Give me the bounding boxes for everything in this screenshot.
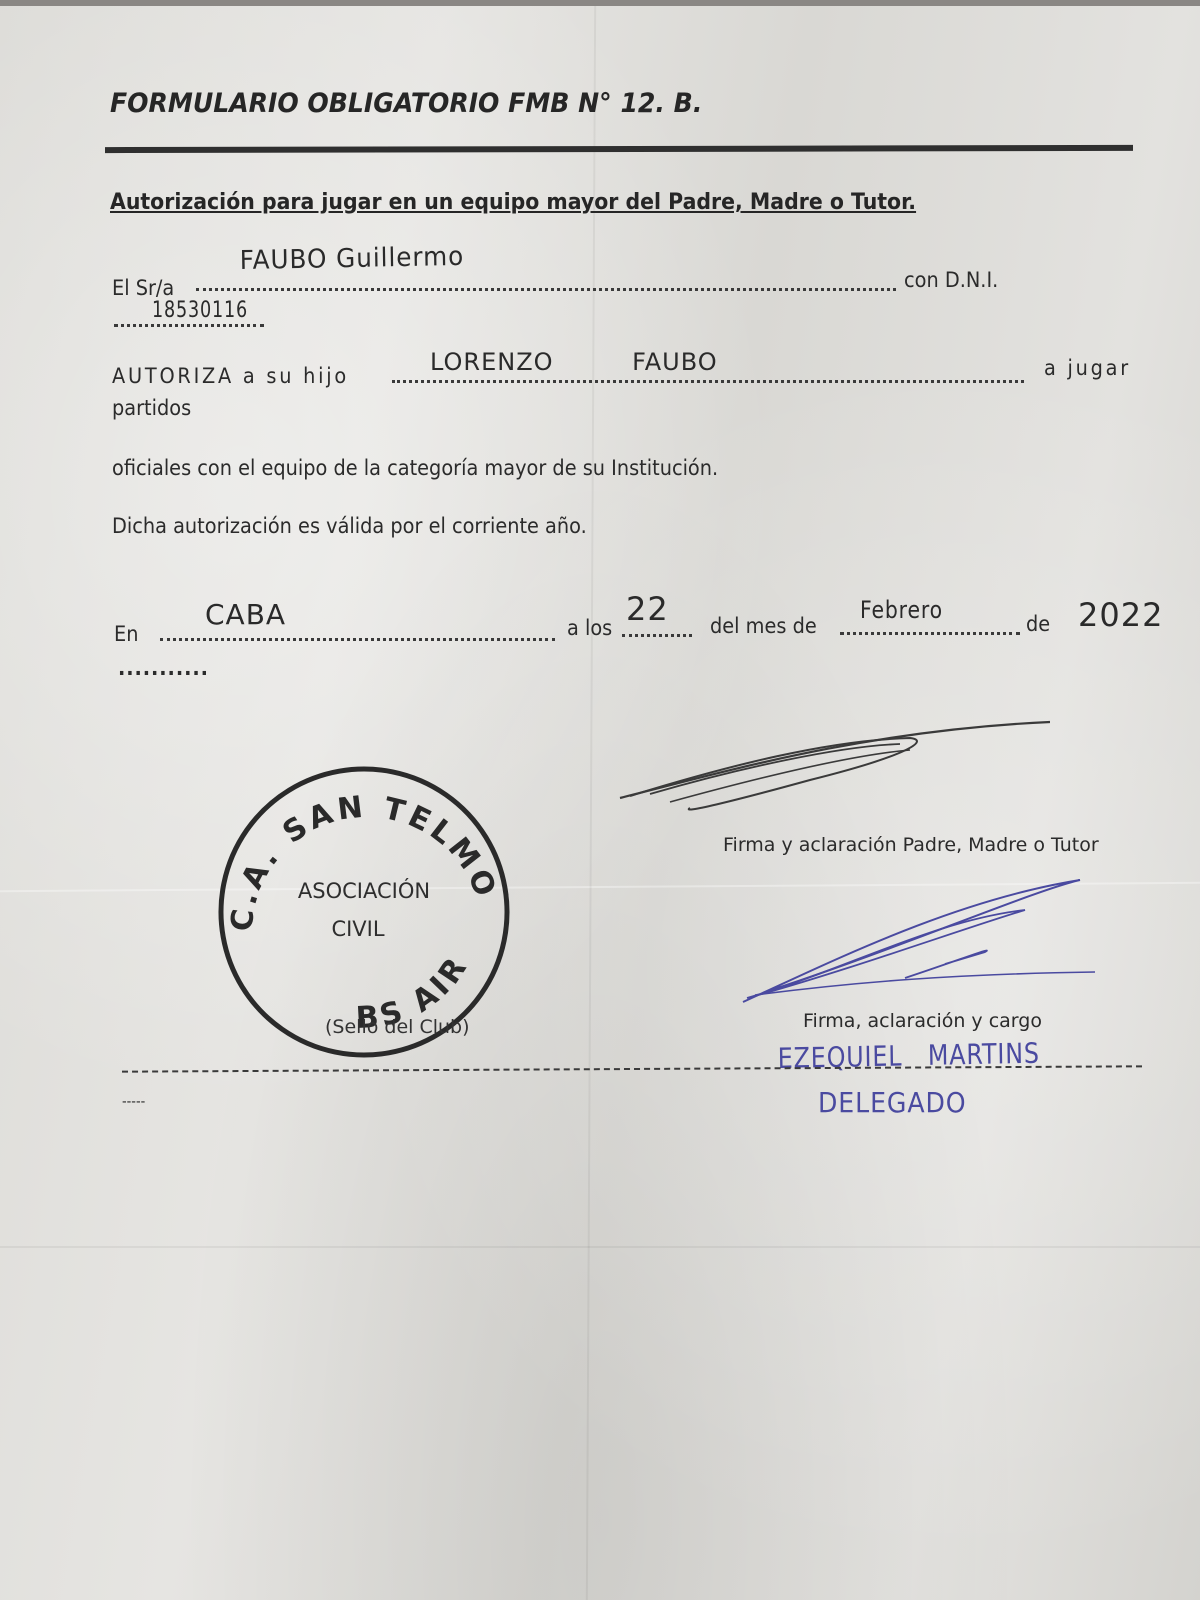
dni-field-dots — [114, 324, 264, 327]
vertical-crease — [586, 6, 596, 1600]
month-field-dots — [840, 632, 1020, 635]
place-field-dots — [160, 638, 555, 641]
official-name-field[interactable]: EZEQUIEL MARTINS — [778, 1037, 1041, 1075]
dni-field[interactable]: 18530116 — [152, 298, 248, 323]
trailing-dots: ........... — [118, 656, 209, 680]
mes-label: del mes de — [710, 614, 817, 638]
autoriza-label: AUTORIZA a su hijo — [112, 364, 349, 388]
sr-label: El Sr/a — [112, 276, 174, 300]
name-field-dots — [196, 288, 896, 291]
form-title: FORMULARIO OBLIGATORIO FMB N° 12. B. — [110, 88, 702, 119]
parent-name-field[interactable]: FAUBO Guillermo — [240, 242, 465, 276]
child-field-dots — [392, 380, 1024, 383]
partidos-label: partidos — [112, 396, 191, 420]
official-signature-drawing — [735, 870, 1095, 1010]
place-field[interactable]: CABA — [205, 598, 286, 631]
parent-signature-caption: Firma y aclaración Padre, Madre o Tutor — [723, 834, 1099, 856]
stamp-inner-line2: CIVIL — [331, 917, 384, 941]
stamp-caption: (Sello del Club) — [325, 1016, 470, 1038]
dni-label: con D.N.I. — [904, 268, 998, 292]
day-field-dots — [622, 634, 692, 637]
day-field[interactable]: 22 — [626, 590, 669, 628]
official-signature-caption: Firma, aclaración y cargo — [803, 1010, 1042, 1032]
month-field[interactable]: Febrero — [860, 596, 943, 624]
lower-crease — [0, 1246, 1200, 1248]
year-field[interactable]: 2022 — [1078, 596, 1163, 634]
footer-dash: ----- — [122, 1094, 145, 1110]
a-jugar-label: a jugar — [1044, 356, 1131, 380]
child-name-field[interactable]: LORENZO FAUBO — [430, 348, 718, 376]
stamp-inner-line1: ASOCIACIÓN — [298, 878, 430, 903]
official-role-field[interactable]: DELEGADO — [818, 1086, 967, 1119]
body-line-4: Dicha autorización es válida por el corr… — [112, 514, 587, 538]
body-line-3: oficiales con el equipo de la categoría … — [112, 456, 718, 480]
form-subtitle: Autorización para jugar en un equipo may… — [110, 190, 916, 215]
de-label: de — [1026, 612, 1050, 636]
parent-signature-drawing — [610, 710, 1050, 830]
en-label: En — [114, 622, 138, 646]
a-los-label: a los — [567, 616, 612, 640]
